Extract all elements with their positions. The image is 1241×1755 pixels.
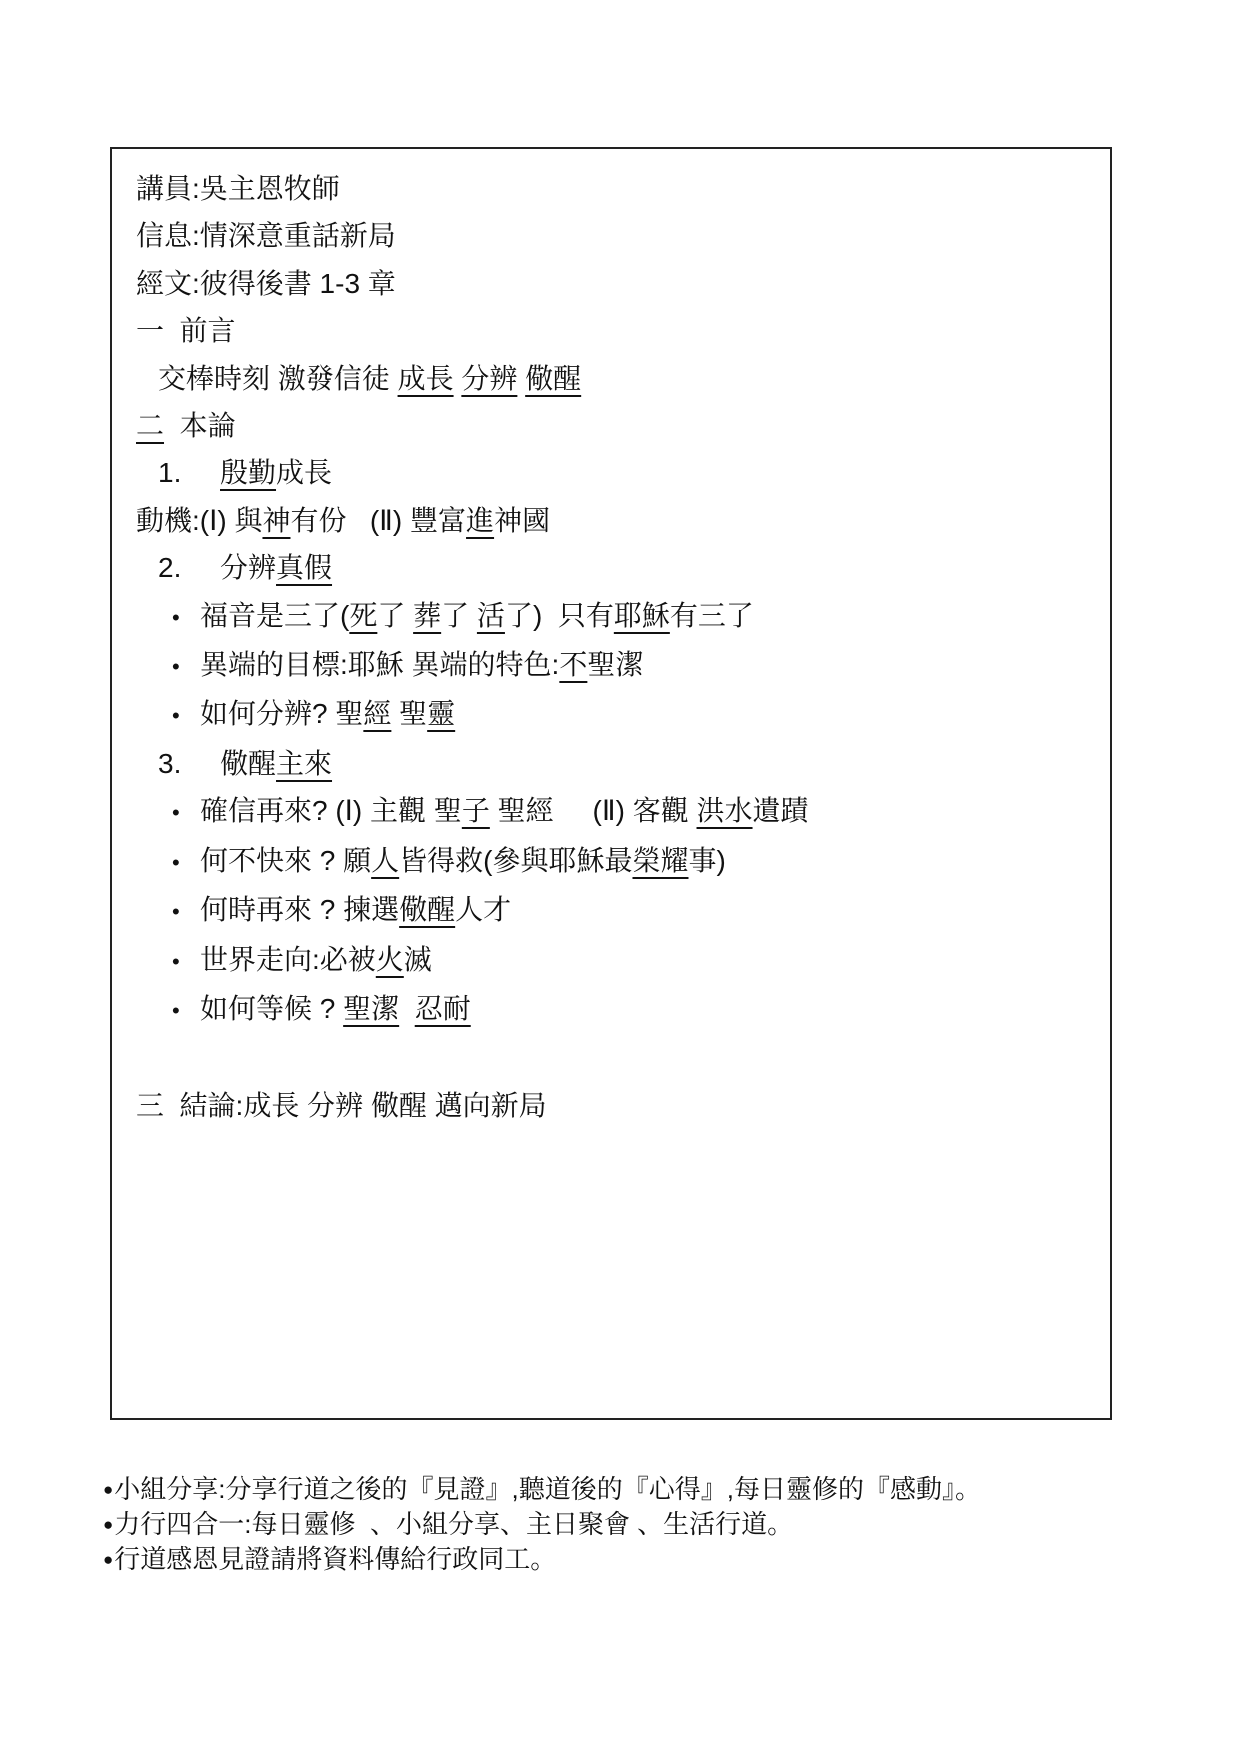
outline-line: 2.分辨真假 [136, 544, 1086, 591]
outline-line: •福音是三了(死了 葬了 活了) 只有耶穌有三了 [136, 592, 1086, 641]
outline-line: 二 本論 [136, 402, 1086, 449]
bullet-icon: ● [103, 1472, 113, 1507]
text-segment: 如何等候 ? [200, 993, 343, 1024]
text-segment [517, 363, 525, 394]
text-segment [399, 993, 415, 1024]
text-segment: 一 前言 [136, 315, 236, 346]
footer-note-text: 小組分享:分享行道之後的『見證』,聽道後的『心得』,每日靈修的『感動』。 [114, 1474, 981, 1504]
underlined-text: 洪水 [697, 795, 753, 826]
text-segment: 分辨 [220, 552, 276, 583]
outline-line: 一 前言 [136, 307, 1086, 354]
text-segment: 何時再來 ? 揀選 [200, 894, 399, 925]
text-segment: 了) 只有 [505, 600, 614, 631]
sermon-outline-box: 講員:吳主恩牧師信息:情深意重話新局經文:彼得後書 1-3 章一 前言交棒時刻 … [110, 147, 1112, 1420]
text-segment: 儆醒 [220, 748, 276, 779]
text-segment: 事) [689, 845, 726, 876]
outline-line: 3.儆醒主來 [136, 740, 1086, 787]
text-segment: 世界走向:必被 [200, 944, 376, 975]
text-segment: 本論 [164, 410, 236, 441]
underlined-text: 二 [136, 410, 164, 441]
text-segment: 了 [441, 600, 477, 631]
outline-line: •確信再來? (Ⅰ) 主觀 聖子 聖經 (Ⅱ) 客觀 洪水遺蹟 [136, 787, 1086, 836]
text-segment: 何不快來 ? 願 [200, 845, 371, 876]
text-segment: 皆得救(參與耶穌最 [399, 845, 632, 876]
text-segment: 聖潔 [587, 649, 643, 680]
underlined-text: 神 [262, 505, 290, 536]
underlined-text: 成長 [398, 363, 454, 394]
footer-note: ●力行四合一:每日靈修 、小組分享、主日聚會 、生活行道。 [103, 1507, 1133, 1542]
underlined-text: 葬 [413, 600, 441, 631]
text-segment: 有份 (Ⅱ) 豐富 [290, 505, 466, 536]
underlined-text: 火 [376, 944, 404, 975]
text-segment: 遺蹟 [753, 795, 809, 826]
underlined-text: 真假 [276, 552, 332, 583]
underlined-text: 子 [462, 795, 490, 826]
underlined-text: 進 [466, 505, 494, 536]
underlined-text: 儆醒 [525, 363, 581, 394]
underlined-text: 儆醒 [399, 894, 455, 925]
underlined-text: 靈 [427, 698, 455, 729]
bullet-icon: • [172, 789, 200, 836]
outline-line: •何不快來 ? 願人皆得救(參與耶穌最榮耀事) [136, 837, 1086, 886]
text-segment: 滅 [404, 944, 432, 975]
text-segment: 三 結論:成長 分辨 儆醒 邁向新局 [136, 1090, 547, 1121]
outline-line: 交棒時刻 激發信徒 成長 分辨 儆醒 [136, 355, 1086, 402]
text-segment: 如何分辨? 聖 [200, 698, 363, 729]
footer-notes: ●小組分享:分享行道之後的『見證』,聽道後的『心得』,每日靈修的『感動』。●力行… [103, 1472, 1133, 1577]
text-segment: 動機:(Ⅰ) 與 [136, 505, 262, 536]
text-segment: 聖 [391, 698, 427, 729]
footer-note-text: 行道感恩見證請將資料傳給行政同工。 [114, 1544, 556, 1574]
underlined-text: 人 [371, 845, 399, 876]
text-segment: 有三了 [670, 600, 754, 631]
bullet-icon: • [172, 594, 200, 641]
footer-note-text: 力行四合一:每日靈修 、小組分享、主日聚會 、生活行道。 [114, 1509, 793, 1539]
underlined-text: 耶穌 [614, 600, 670, 631]
text-segment: 神國 [494, 505, 550, 536]
footer-note: ●行道感恩見證請將資料傳給行政同工。 [103, 1542, 1133, 1577]
underlined-text: 主來 [276, 748, 332, 779]
outline-line: 動機:(Ⅰ) 與神有份 (Ⅱ) 豐富進神國 [136, 497, 1086, 544]
outline-lines: 講員:吳主恩牧師信息:情深意重話新局經文:彼得後書 1-3 章一 前言交棒時刻 … [136, 165, 1086, 1129]
outline-line: •如何分辨? 聖經 聖靈 [136, 690, 1086, 739]
text-segment: 聖經 (Ⅱ) 客觀 [490, 795, 697, 826]
text-segment: 人才 [455, 894, 511, 925]
blank-line [136, 1034, 1086, 1081]
outline-line: •如何等候 ? 聖潔 忍耐 [136, 985, 1086, 1034]
text-segment: 福音是三了( [200, 600, 349, 631]
underlined-text: 活 [477, 600, 505, 631]
bullet-icon: • [172, 987, 200, 1034]
outline-line: 1.殷勤成長 [136, 449, 1086, 496]
underlined-text: 經 [363, 698, 391, 729]
underlined-text: 殷勤 [220, 457, 276, 488]
text-segment: 成長 [276, 457, 332, 488]
bullet-icon: • [172, 643, 200, 690]
text-segment: 了 [377, 600, 413, 631]
list-number: 2. [158, 544, 220, 591]
text-segment: 經文:彼得後書 1-3 章 [136, 268, 396, 299]
text-segment: 異端的目標:耶穌 異端的特色: [200, 649, 559, 680]
outline-line: •何時再來 ? 揀選儆醒人才 [136, 886, 1086, 935]
underlined-text: 分辨 [461, 363, 517, 394]
list-number: 1. [158, 449, 220, 496]
underlined-text: 忍耐 [415, 993, 471, 1024]
outline-line: 三 結論:成長 分辨 儆醒 邁向新局 [136, 1082, 1086, 1129]
underlined-text: 死 [349, 600, 377, 631]
bullet-icon: ● [103, 1542, 113, 1577]
underlined-text: 不 [559, 649, 587, 680]
text-segment: 確信再來? (Ⅰ) 主觀 聖 [200, 795, 462, 826]
underlined-text: 聖潔 [343, 993, 399, 1024]
text-segment: 講員:吳主恩牧師 [136, 173, 340, 204]
underlined-text: 榮耀 [632, 845, 688, 876]
bullet-icon: • [172, 839, 200, 886]
outline-line: 經文:彼得後書 1-3 章 [136, 260, 1086, 307]
bullet-icon: • [172, 692, 200, 739]
bullet-icon: ● [103, 1507, 113, 1542]
text-segment: 交棒時刻 激發信徒 [158, 363, 398, 394]
text-segment: 信息:情深意重話新局 [136, 220, 396, 251]
outline-line: 信息:情深意重話新局 [136, 212, 1086, 259]
outline-line: •世界走向:必被火滅 [136, 936, 1086, 985]
list-number: 3. [158, 740, 220, 787]
outline-line: 講員:吳主恩牧師 [136, 165, 1086, 212]
bullet-icon: • [172, 888, 200, 935]
bullet-icon: • [172, 938, 200, 985]
footer-note: ●小組分享:分享行道之後的『見證』,聽道後的『心得』,每日靈修的『感動』。 [103, 1472, 1133, 1507]
outline-line: •異端的目標:耶穌 異端的特色:不聖潔 [136, 641, 1086, 690]
